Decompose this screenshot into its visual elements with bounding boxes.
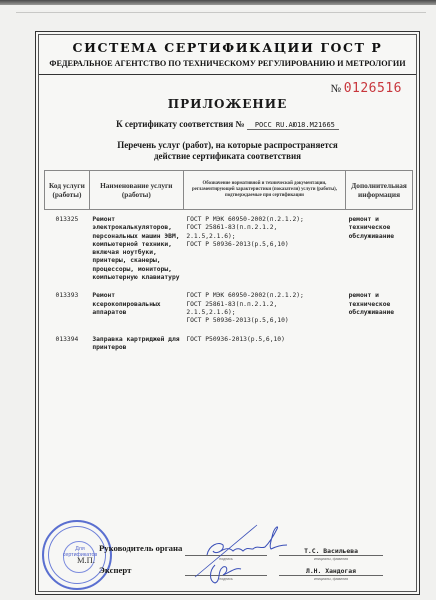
column-header-info: Дополнительная информация	[346, 171, 413, 210]
column-header-name: Наименование услуги (работы)	[89, 171, 183, 210]
table-row: 013394 Заправка картриджей для принтеров…	[45, 326, 413, 353]
scan-edge-shadow	[0, 0, 436, 5]
column-header-code: Код услуги (работы)	[45, 171, 90, 210]
serial-prefix: №	[330, 83, 341, 95]
certificate-reference: К сертификату соответствия № РОСС RU.АЮ1…	[39, 119, 416, 130]
table-header-row: Код услуги (работы) Наименование услуги …	[45, 171, 413, 210]
service-info: ремонт и техническое обслуживание	[346, 210, 413, 283]
scan-edge-line	[16, 12, 426, 13]
signature-block: Для сертификатов М.П. Руководитель орган…	[39, 515, 416, 590]
service-code: 013394	[45, 326, 90, 353]
certificate-header: СИСТЕМА СЕРТИФИКАЦИИ ГОСТ Р ФЕДЕРАЛЬНОЕ …	[39, 35, 416, 75]
service-name: Заправка картриджей для принтеров	[89, 326, 183, 353]
services-table: Код услуги (работы) Наименование услуги …	[44, 170, 413, 352]
serial-number: № 0126516	[330, 81, 402, 96]
head-of-body-label: Руководитель органа	[99, 543, 182, 553]
certificate-number: РОСС RU.АЮ18.М21665	[247, 121, 339, 130]
column-header-norms: Обозначение нормативной и технической до…	[183, 171, 345, 210]
agency-subtitle: ФЕДЕРАЛЬНОЕ АГЕНТСТВО ПО ТЕХНИЧЕСКОМУ РЕ…	[39, 59, 416, 68]
appendix-title: ПРИЛОЖЕНИЕ	[39, 97, 416, 111]
service-code: 013393	[45, 282, 90, 325]
certificate-label: К сертификату соответствия №	[116, 119, 244, 129]
list-title-line-1: Перечень услуг (работ), на которые распр…	[39, 140, 416, 151]
service-norms: ГОСТ Р МЭК 60950-2002(п.2.1.2); ГОСТ 258…	[183, 210, 345, 283]
table-row: 013325 Ремонт электрокалькуляторов, перс…	[45, 210, 413, 283]
list-title-line-2: действие сертификата соответствия	[39, 151, 416, 162]
expert-label: Эксперт	[99, 565, 131, 575]
certificate-inner-border: СИСТЕМА СЕРТИФИКАЦИИ ГОСТ Р ФЕДЕРАЛЬНОЕ …	[38, 34, 417, 592]
service-name: Ремонт ксерокопировальных аппаратов	[89, 282, 183, 325]
system-title: СИСТЕМА СЕРТИФИКАЦИИ ГОСТ Р	[39, 40, 416, 55]
serial-value: 0126516	[344, 81, 402, 96]
stamp-place-mark: М.П.	[77, 555, 95, 565]
service-info: ремонт и техническое обслуживание	[346, 282, 413, 325]
certificate-page: СИСТЕМА СЕРТИФИКАЦИИ ГОСТ Р ФЕДЕРАЛЬНОЕ …	[35, 31, 420, 595]
service-code: 013325	[45, 210, 90, 283]
table-row: 013393 Ремонт ксерокопировальных аппарат…	[45, 282, 413, 325]
list-title: Перечень услуг (работ), на которые распр…	[39, 140, 416, 162]
service-norms: ГОСТ Р МЭК 60950-2002(п.2.1.2); ГОСТ 258…	[183, 282, 345, 325]
service-info	[346, 326, 413, 353]
service-norms: ГОСТ Р50936-2013(р.5,6,10)	[183, 326, 345, 353]
handwritten-signature-icon	[187, 515, 297, 590]
service-name: Ремонт электрокалькуляторов, персональны…	[89, 210, 183, 283]
